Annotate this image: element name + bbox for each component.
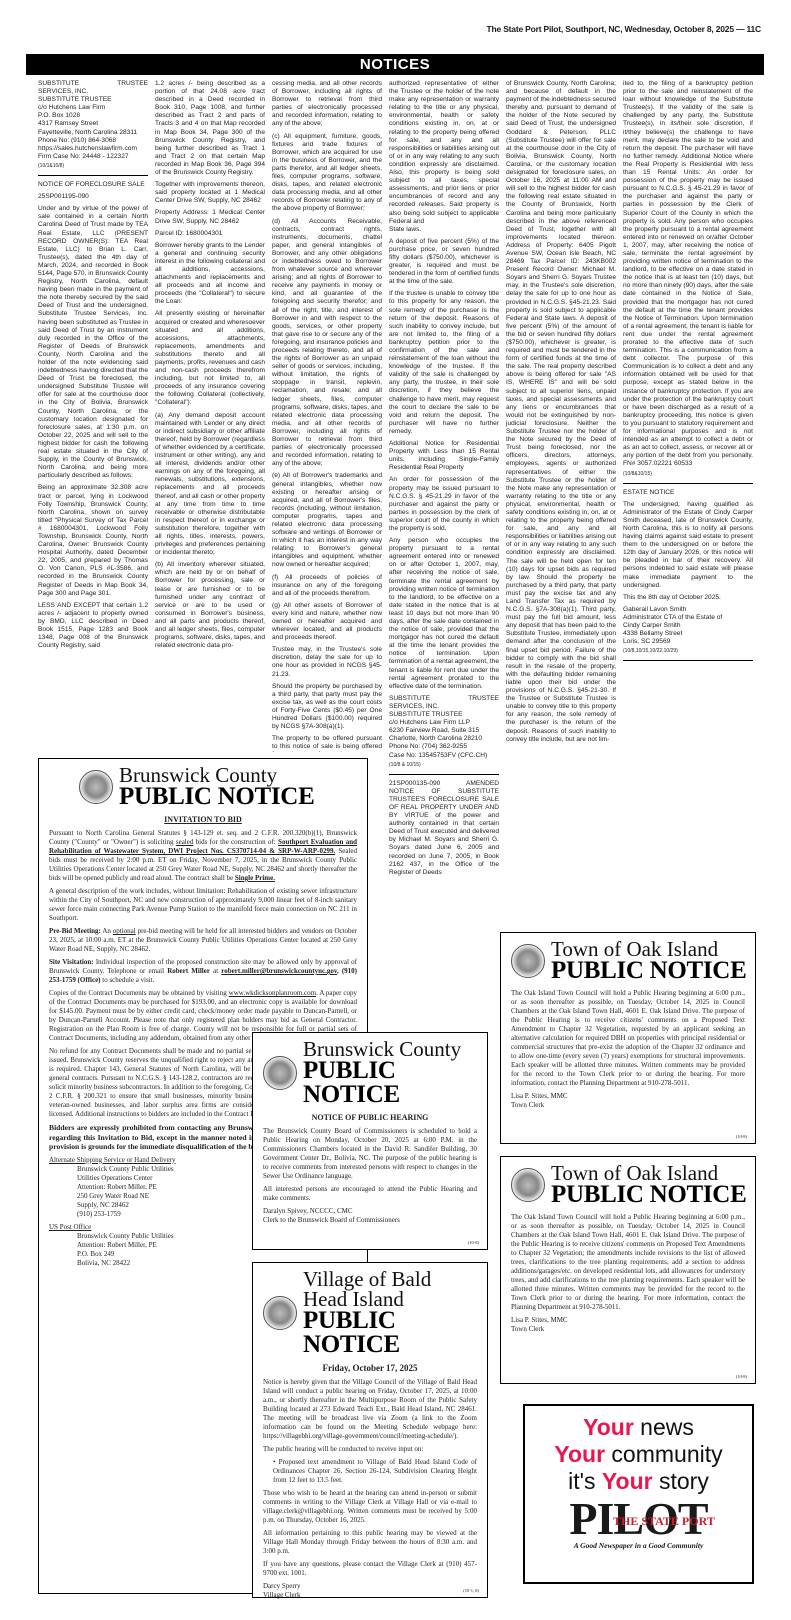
notice-title: PUBLIC NOTICE: [551, 959, 746, 983]
notice-paragraph: This the 8th day of October 2025.: [623, 594, 753, 602]
signature-line: Clerk to the Brunswick Board of Commissi…: [263, 1216, 477, 1225]
signature-line: Charlotte, North Carolina 28210: [389, 735, 499, 743]
run-dates: (10-1, 8): [463, 1588, 479, 1593]
signature-line: Village Clerk: [263, 1591, 477, 1600]
notice-title: PUBLIC NOTICE: [551, 1183, 746, 1207]
notice-paragraph: (g) All other assets of Borrower of ever…: [272, 602, 382, 642]
notice-paragraph: 1.2 acres /- being described as a portio…: [155, 80, 265, 177]
notice-paragraph: of Brunswick County, North Carolina; and…: [506, 80, 616, 744]
signature-line: c/o Hutchens Law Firm LLP: [389, 719, 499, 727]
notice-paragraph: Should the property be purchased by a th…: [272, 683, 382, 732]
trustee-phone: Phone No: (910) 864-3068: [38, 137, 148, 145]
page-folio: The State Port Pilot, Southport, NC, Wed…: [487, 24, 761, 34]
trustee-name: SUBSTITUTE TRUSTEE SERVICES, INC.: [38, 80, 148, 96]
signature-line: Administrator CTA of the Estate of: [623, 614, 753, 622]
notice-subtitle: Friday, October 17, 2025: [253, 1363, 487, 1373]
oak-paragraph: The Oak Island Town Council will hold a …: [511, 1213, 745, 1312]
notice-org: Town of Oak Island: [551, 939, 746, 959]
run-dates: (10-8): [736, 1374, 747, 1379]
divider: [389, 774, 499, 775]
notice-org: Brunswick County: [303, 1039, 479, 1059]
notice-subtitle: NOTICE OF PUBLIC HEARING: [253, 1113, 487, 1122]
divider: [623, 660, 753, 661]
notice-paragraph: Trustee may, in the Trustee's sole discr…: [272, 646, 382, 678]
signature-line: Gaberail Lavon Smith: [623, 606, 753, 614]
notice-paragraph: Under and by virtue of the power of sale…: [38, 205, 148, 480]
signature-line: Case No: 13545753FV (CFC.CH): [389, 752, 499, 760]
notice-paragraph: Any person who occupies the property pur…: [389, 537, 499, 691]
bid-paragraph: Pursuant to North Carolina General Statu…: [49, 829, 357, 883]
column-5: of Brunswick County, North Carolina; and…: [506, 80, 616, 980]
oak-island-seal-icon: [511, 1168, 545, 1202]
run-dates: (10/8&10/15): [623, 470, 753, 478]
notice-title: PUBLIC NOTICE: [303, 1309, 479, 1357]
ad-line-2: Your community: [525, 1441, 752, 1468]
trustee-role: SUBSTITUTE TRUSTEE: [38, 96, 148, 104]
notice-paragraph: LESS AND EXCEPT that certain 1.2 acres /…: [38, 602, 148, 651]
trustee-pobox: P.O. Box 1028: [38, 112, 148, 120]
oak-paragraph: The Oak Island Town Council will hold a …: [511, 989, 745, 1088]
village-seal-icon: [263, 1296, 297, 1330]
bhi-notice-box: Village of Bald Head Island PUBLIC NOTIC…: [252, 1262, 488, 1598]
hearing-notice-box: Brunswick County PUBLIC NOTICE NOTICE OF…: [252, 1032, 488, 1250]
signature-line: Lisa P. Stites, MMC: [511, 1316, 745, 1325]
run-dates: (10-8): [736, 1134, 747, 1139]
property-address: Property Address: 1 Medical Center Drive…: [155, 209, 265, 225]
notice-paragraph: Being an approximate 32.308 acre tract o…: [38, 484, 148, 597]
trustee-case: Firm Case No: 24448 - 122327: [38, 153, 148, 161]
signature-line: Darcy Sperry: [263, 1582, 477, 1591]
brunswick-county-seal-icon: [79, 770, 113, 804]
notice-paragraph: An order for possession of the property …: [389, 476, 499, 533]
column-2: 1.2 acres /- being described as a portio…: [155, 80, 265, 752]
signature-line: Daralyn Spivey, NCCCC, CMC: [263, 1207, 477, 1216]
notice-paragraph: Borrower hereby grants to the Lender a g…: [155, 242, 265, 307]
ad-line-1: Your news: [525, 1414, 752, 1441]
notice-org: Brunswick County: [119, 765, 314, 785]
hearing-paragraph: All interested persons are encouraged to…: [263, 1185, 477, 1203]
notice-heading: ESTATE NOTICE: [623, 489, 753, 497]
notice-heading: NOTICE OF FORECLOSURE SALE: [38, 181, 148, 189]
notice-paragraph: (d) All Accounts Receivable, contracts, …: [272, 218, 382, 469]
case-number: 25SP001195-090: [38, 193, 148, 201]
divider: [623, 483, 753, 484]
trustee-firm: c/o Hutchens Law Firm: [38, 104, 148, 112]
notice-subtitle: INVITATION TO BID: [39, 815, 367, 824]
notice-paragraph: (c) All equipment, furniture, goods, fix…: [272, 133, 382, 214]
pilot-masthead-logo: THE STATE PORT PILOT: [525, 1497, 752, 1541]
notice-paragraph: (b) All inventory wherever situated, whi…: [155, 561, 265, 650]
bhi-bullet: • Proposed text amendment to Village of …: [263, 1458, 477, 1485]
bid-paragraph: Site Visitation: Individual inspection o…: [49, 958, 357, 985]
run-dates: (10/1&10/8): [38, 162, 148, 170]
column-6: ited to, the filing of a bankruptcy peti…: [623, 80, 753, 940]
notice-paragraph: A deposit of five percent (5%) of the pu…: [389, 238, 499, 287]
signature-line: Phone No: (704) 362-9255: [389, 743, 499, 751]
notice-org: Town of Oak Island: [551, 1163, 746, 1183]
notice-title: PUBLIC NOTICE: [119, 785, 314, 809]
signature-line: SUBSTITUTE TRUSTEE: [389, 711, 499, 719]
notice-org: Village of Bald Head Island: [303, 1269, 479, 1309]
signature-line: Lisa P. Stites, MMC: [511, 1092, 745, 1101]
trustee-city: Fayetteville, North Carolina 28311: [38, 129, 148, 137]
trustee-website[interactable]: https://sales.hutchenslawfirm.com: [38, 145, 148, 153]
oak-island-notice-1: Town of Oak Island PUBLIC NOTICE The Oak…: [500, 932, 756, 1144]
notice-paragraph: The undersigned, having qualified as Adm…: [623, 501, 753, 590]
notice-paragraph: cessing media, and all other records of …: [272, 80, 382, 129]
notice-paragraph: The property to be offered pursuant to t…: [272, 735, 382, 752]
bhi-paragraph: If you have any questions, please contac…: [263, 1560, 477, 1578]
oak-island-seal-icon: [511, 944, 545, 978]
notice-paragraph: authorized representative of either the …: [389, 80, 499, 226]
signature-line: SUBSTITUTE TRUSTEE SERVICES, INC.: [389, 695, 499, 711]
hearing-paragraph: The Brunswick County Board of Commission…: [263, 1127, 477, 1181]
parcel-id: Parcel ID: 1680004301: [155, 230, 265, 238]
notice-paragraph: All presently existing or hereinafter ac…: [155, 310, 265, 407]
signature-line: Town Clerk: [511, 1101, 745, 1110]
signature-line: 4338 Bellamy Street: [623, 630, 753, 638]
notice-paragraph: (e) All of Borrower's trademarks and gen…: [272, 472, 382, 569]
ad-line-3: it's Your story: [525, 1468, 752, 1495]
pilot-promo-ad[interactable]: Your news Your community it's Your story…: [523, 1404, 754, 1584]
column-3: cessing media, and all other records of …: [272, 80, 382, 752]
trustee-street: 4317 Ramsey Street: [38, 120, 148, 128]
notice-paragraph: Together with improvements thereon, said…: [155, 181, 265, 205]
bhi-paragraph: All information pertaining to this publi…: [263, 1529, 477, 1556]
signature-line: Town Clerk: [511, 1325, 745, 1334]
signature-line: Cindy Carper Smith: [623, 622, 753, 630]
run-dates: (10-8): [468, 1240, 479, 1245]
notice-paragraph: (a) Any demand deposit account maintaine…: [155, 412, 265, 558]
bid-paragraph: Pre-Bid Meeting: An optional pre-bid mee…: [49, 927, 357, 954]
column-4: authorized representative of either the …: [389, 80, 499, 980]
section-banner: NOTICES: [26, 54, 764, 75]
bhi-paragraph: Notice is hereby given that the Village …: [263, 1378, 477, 1441]
planroom-link[interactable]: www.wkdicksonplanroom.com: [229, 989, 316, 997]
run-dates: (10/8 & 10/15): [389, 761, 499, 769]
run-dates: (10/8,10/15,10/22,10/29): [623, 647, 753, 655]
bhi-paragraph: The public hearing will be conducted to …: [263, 1445, 477, 1454]
notice-paragraph: 21SP000135-090 AMENDED NOTICE OF SUBSTIT…: [389, 780, 499, 877]
notice-paragraph: ited to, the filing of a bankruptcy peti…: [623, 80, 753, 469]
bid-paragraph: A general description of the work includ…: [49, 887, 357, 923]
notice-title: PUBLIC NOTICE: [303, 1059, 479, 1107]
contact-email-link[interactable]: robert.miller@brunswickcountync.gov: [221, 967, 337, 975]
oak-island-notice-2: Town of Oak Island PUBLIC NOTICE The Oak…: [500, 1156, 756, 1384]
notice-paragraph: Additional Notice for Residential Proper…: [389, 440, 499, 472]
column-1: SUBSTITUTE TRUSTEE SERVICES, INC. SUBSTI…: [38, 80, 148, 752]
notice-paragraph: (f) All proceeds of policies of insuranc…: [272, 574, 382, 598]
notice-paragraph: State laws.: [389, 226, 499, 234]
signature-line: Loris, SC 29569: [623, 638, 753, 646]
divider: [38, 175, 148, 176]
bhi-paragraph: Those who wish to be heard at the hearin…: [263, 1489, 477, 1525]
signature-line: 6230 Fairview Road, Suite 315: [389, 727, 499, 735]
brunswick-county-seal-icon: [263, 1056, 297, 1090]
notice-paragraph: If the trustee is unable to convey title…: [389, 290, 499, 436]
